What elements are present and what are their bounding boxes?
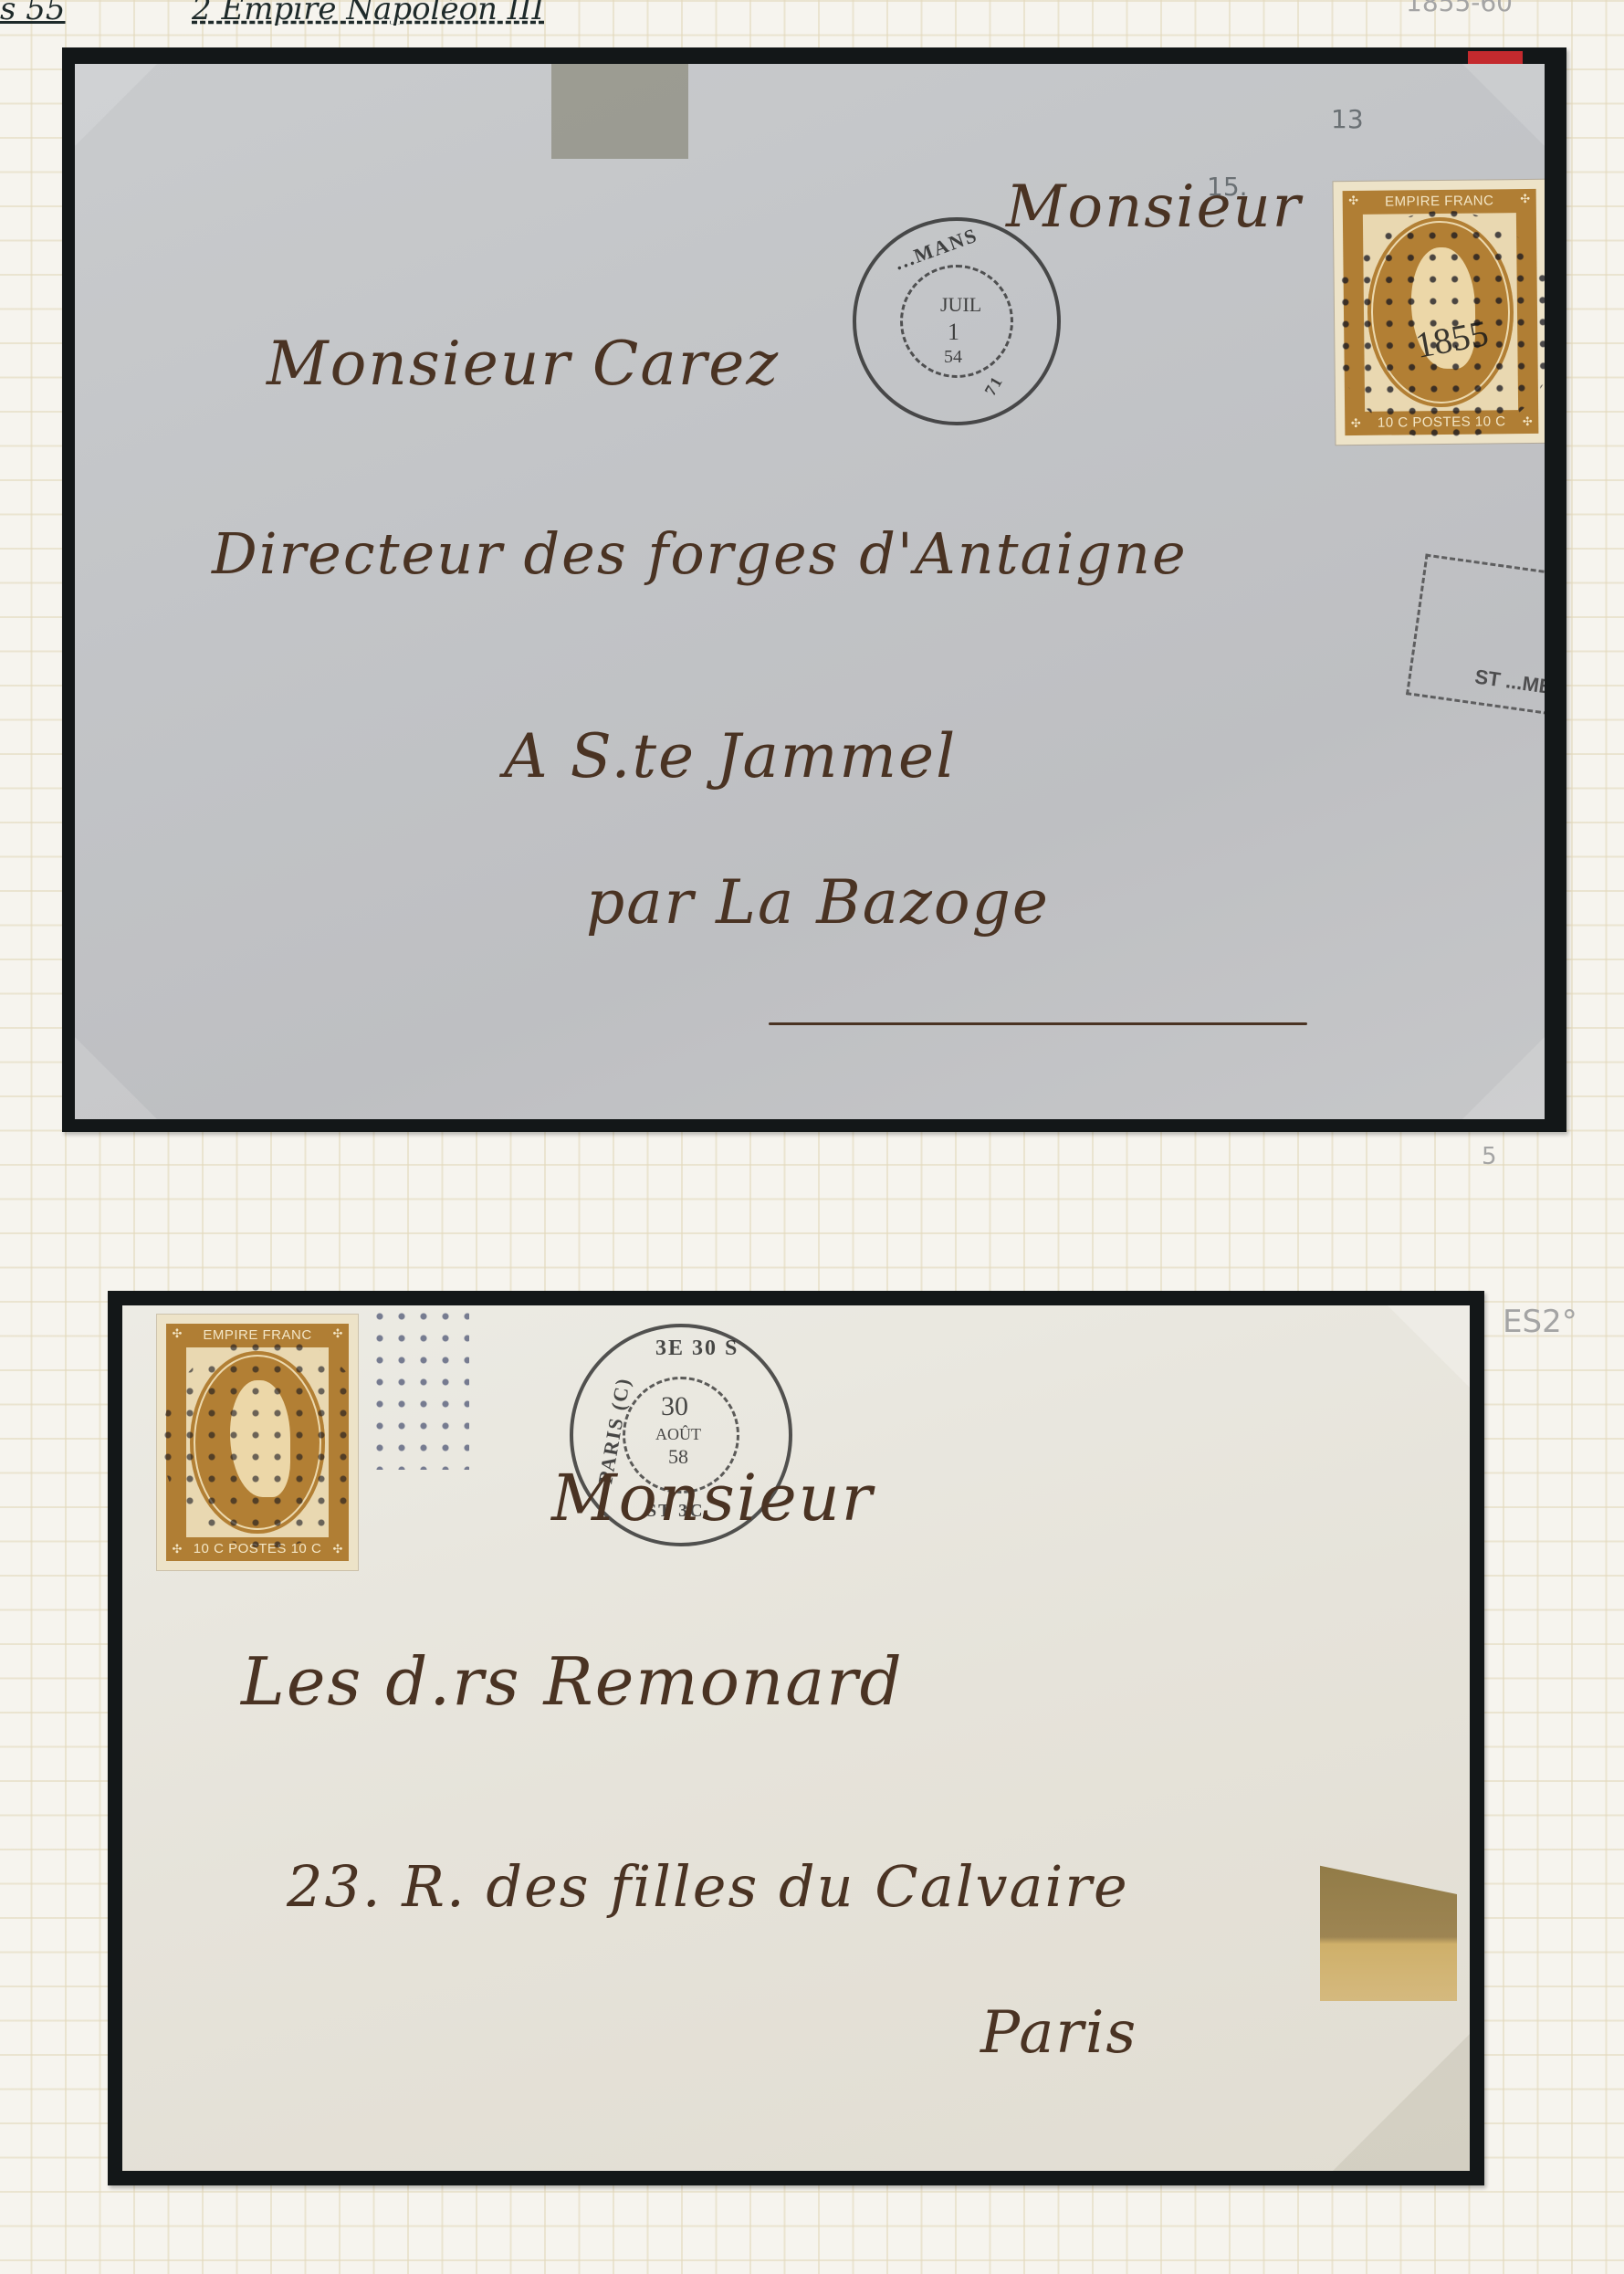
corner-fold — [75, 64, 157, 146]
address-line-1: Monsieur — [1006, 173, 1302, 241]
address-line-2: Monsieur Carez — [267, 329, 780, 399]
address-line-4: A S.te Jammel — [504, 721, 957, 791]
stamp-medallion — [1367, 216, 1514, 408]
cover-2: ✣ ✣ ✣ ✣ EMPIRE FRANC 10 C POSTES 10 C 3E… — [122, 1305, 1470, 2171]
header-note-title: 2 Empire Napoléon III — [192, 0, 544, 27]
stamp-corner-ornament: ✣ — [330, 1541, 345, 1559]
stamp-bottom-label: 10 C POSTES 10 C — [1368, 412, 1514, 434]
napoleon-portrait-icon — [230, 1380, 289, 1497]
stamp-top-label: EMPIRE FRANC — [1367, 191, 1513, 213]
stamp-corner-ornament: ✣ — [170, 1541, 184, 1559]
stamp-corner-ornament: ✣ — [1346, 193, 1361, 211]
red-tab — [1468, 51, 1523, 64]
cover-1-boxed-mark: ST ...MB — [1406, 554, 1545, 718]
postmark-day: 1 — [948, 320, 959, 346]
pencil-note-right-margin: ES2° — [1503, 1304, 1577, 1340]
address-line-3: 23. R. des filles du Calvaire — [287, 1853, 1129, 1920]
address-underline — [769, 1022, 1307, 1025]
glue-stain — [1320, 1859, 1457, 2001]
pencil-mark-13: 13 — [1331, 104, 1364, 134]
pencil-note-between: 5 — [1482, 1143, 1497, 1170]
corner-fold — [1388, 1305, 1470, 1388]
boxed-mark-text: ST ...MB — [1473, 665, 1545, 699]
cover-2-stamp: ✣ ✣ ✣ ✣ EMPIRE FRANC 10 C POSTES 10 C — [157, 1315, 358, 1570]
corner-fold — [1462, 64, 1545, 146]
cover-1-stamp: ✣ ✣ ✣ ✣ EMPIRE FRANC 10 C POSTES 10 C 18… — [1333, 180, 1545, 445]
stamp-corner-ornament: ✣ — [1520, 414, 1535, 432]
corner-fold — [1333, 2034, 1470, 2171]
postmark-top-text: 3E 30 S — [655, 1336, 739, 1361]
postmark-day: 30 — [661, 1391, 688, 1421]
stamp-frame: ✣ ✣ ✣ ✣ EMPIRE FRANC 10 C POSTES 10 C — [166, 1324, 349, 1561]
stain-mark — [551, 64, 688, 159]
header-note-left: s 55 — [0, 0, 66, 27]
corner-fold — [75, 1037, 157, 1119]
stamp-frame: ✣ ✣ ✣ ✣ EMPIRE FRANC 10 C POSTES 10 C — [1343, 189, 1539, 435]
address-line-2: Les d.rs Remonard — [241, 1643, 904, 1720]
stamp-inner — [186, 1347, 329, 1537]
stamp-corner-ornament: ✣ — [170, 1326, 184, 1344]
stamp-medallion — [190, 1351, 325, 1534]
stamp-corner-ornament: ✣ — [1518, 191, 1533, 209]
address-line-4: Paris — [980, 1999, 1137, 2067]
postmark-year: 54 — [944, 347, 962, 367]
address-line-5: par La Bazoge — [586, 867, 1050, 938]
stamp-corner-ornament: ✣ — [330, 1326, 345, 1344]
stamp-corner-ornament: ✣ — [1348, 415, 1363, 434]
postmark-month: AOÛT — [655, 1426, 701, 1444]
postmark-month: JUIL — [940, 294, 981, 316]
cover-1-postmark: ...MANS JUIL 1 54 71 — [853, 217, 1061, 425]
stamp-inner — [1363, 213, 1518, 412]
address-line-3: Directeur des forges d'Antaigne — [212, 520, 1188, 587]
cover-1: 13 15. ...MANS JUIL 1 54 71 ✣ ✣ ✣ ✣ EMPI… — [75, 64, 1545, 1119]
stamp-top-label: EMPIRE FRANC — [190, 1326, 325, 1346]
pencil-note-top-right: 1855-60 — [1406, 0, 1513, 17]
stamp-bottom-label: 10 C POSTES 10 C — [190, 1539, 325, 1559]
cancel-overflow — [369, 1305, 469, 1470]
address-line-1: Monsieur — [551, 1461, 874, 1535]
postmark-dept: 71 — [980, 372, 1007, 400]
corner-fold — [1462, 1037, 1545, 1119]
